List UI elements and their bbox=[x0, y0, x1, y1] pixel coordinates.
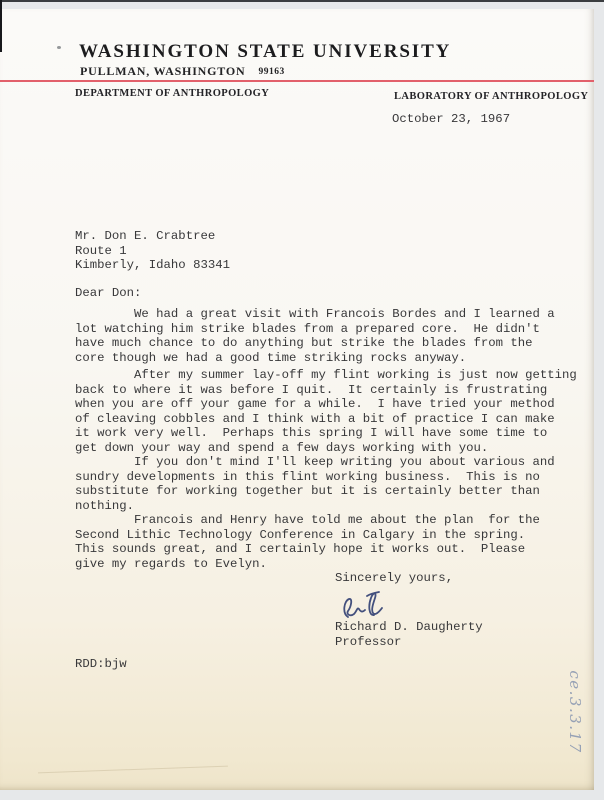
scan-top-edge bbox=[0, 0, 604, 2]
letterhead-city: PULLMAN, WASHINGTON bbox=[80, 64, 245, 78]
closing-line: Sincerely yours, bbox=[335, 571, 453, 586]
body-paragraph-1: We had a great visit with Francois Borde… bbox=[75, 307, 555, 365]
letter-date: October 23, 1967 bbox=[392, 112, 510, 127]
letterhead-university-name: WASHINGTON STATE UNIVERSITY bbox=[79, 41, 451, 63]
letterhead-department-right: LABORATORY OF ANTHROPOLOGY bbox=[394, 91, 588, 102]
paper-speck bbox=[57, 46, 61, 49]
body-paragraph-3: If you don't mind I'll keep writing you … bbox=[75, 455, 555, 513]
handwritten-catalog-number: ce.3.3.17 bbox=[566, 642, 584, 782]
body-paragraph-4: Francois and Henry have told me about th… bbox=[75, 513, 540, 571]
letterhead-rule bbox=[0, 80, 594, 82]
scanned-letter-page: WASHINGTON STATE UNIVERSITY PULLMAN, WAS… bbox=[0, 0, 604, 800]
signer-name-title: Richard D. Daugherty Professor bbox=[335, 620, 483, 649]
reference-initials: RDD:bjw bbox=[75, 657, 127, 672]
letterhead-zip: 99163 bbox=[258, 67, 284, 77]
handwritten-signature-icon bbox=[338, 589, 418, 623]
letterhead-department-left: DEPARTMENT OF ANTHROPOLOGY bbox=[75, 88, 269, 99]
salutation: Dear Don: bbox=[75, 286, 141, 301]
recipient-address: Mr. Don E. Crabtree Route 1 Kimberly, Id… bbox=[75, 229, 230, 273]
body-paragraph-2: After my summer lay-off my flint working… bbox=[75, 368, 577, 455]
scan-corner-mark bbox=[0, 0, 2, 52]
letterhead-city-line: PULLMAN, WASHINGTON99163 bbox=[80, 64, 285, 79]
